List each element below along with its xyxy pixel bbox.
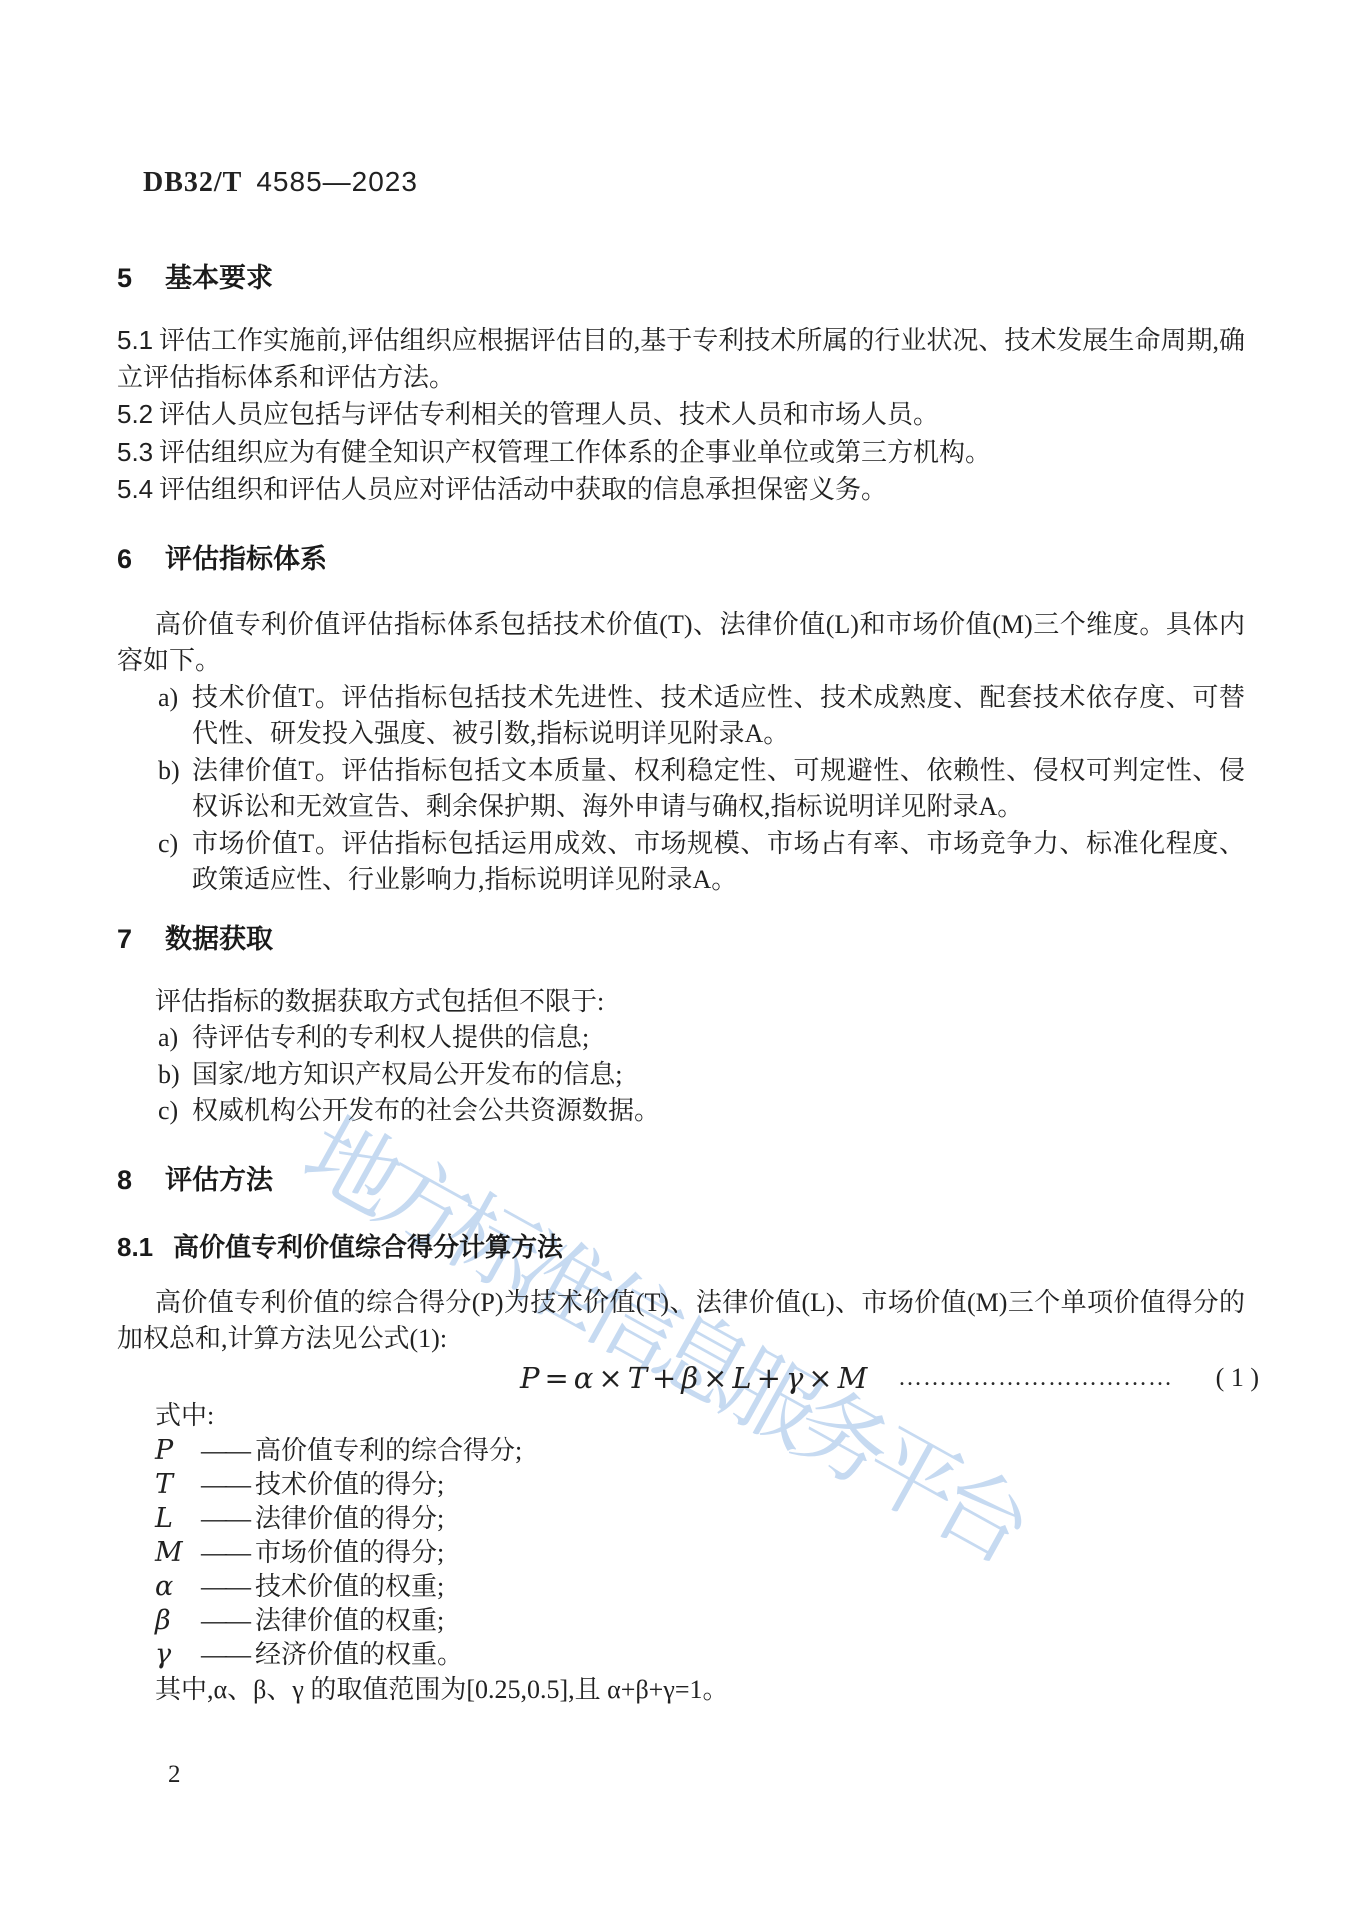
section-7-number: 7 (117, 922, 165, 956)
clause-5-1-text: 评估工作实施前,评估组织应根据评估目的,基于专利技术所属的行业状况、技术发展生命… (117, 326, 1245, 392)
document-content: 5基本要求 5.1评估工作实施前,评估组织应根据评估目的,基于专利技术所属的行业… (117, 0, 1245, 1708)
section-5-title: 基本要求 (165, 263, 273, 293)
section-8-1-heading: 8.1高价值专利价值综合得分计算方法 (117, 1230, 1245, 1264)
definition-dash: —— (201, 1470, 249, 1499)
clause-5-2-number: 5.2 (117, 396, 159, 433)
clause-5-1-number: 5.1 (117, 322, 159, 359)
definition-dash: —— (201, 1538, 249, 1567)
clause-5-4-text: 评估组织和评估人员应对评估活动中获取的信息承担保密义务。 (159, 475, 887, 504)
clause-5-3-number: 5.3 (117, 434, 159, 471)
section-6-intro: 高价值专利价值评估指标体系包括技术价值(T)、法律价值(L)和市场价值(M)三个… (117, 607, 1245, 680)
clause-5-3: 5.3评估组织应为有健全知识产权管理工作体系的企事业单位或第三方机构。 (117, 434, 1245, 472)
list-item-text: 法律价值T。评估指标包括文本质量、权利稳定性、可规避性、依赖性、侵权可判定性、侵… (192, 756, 1245, 822)
definition-desc: 经济价值的权重。 (255, 1640, 463, 1669)
definition-row: α——技术价值的权重; (155, 1570, 1245, 1604)
list-item-marker: c) (158, 1093, 178, 1130)
clause-5-4: 5.4评估组织和评估人员应对评估活动中获取的信息承担保密义务。 (117, 471, 1245, 509)
definition-symbol: P (155, 1434, 201, 1468)
section-8-1-number: 8.1 (117, 1230, 173, 1264)
definition-desc: 市场价值的得分; (255, 1538, 444, 1567)
formula-number-label: ( 1 ) (1216, 1358, 1259, 1398)
definition-desc: 高价值专利的综合得分; (255, 1436, 522, 1465)
page-number: 2 (168, 1760, 181, 1790)
section-6-list: a)技术价值T。评估指标包括技术先进性、技术适应性、技术成熟度、配套技术依存度、… (117, 680, 1245, 899)
list-item-marker: b) (158, 1057, 180, 1094)
definition-dash: —— (201, 1606, 249, 1635)
definition-desc: 法律价值的得分; (255, 1504, 444, 1533)
list-item: b)国家/地方知识产权局公开发布的信息; (158, 1057, 1245, 1094)
list-item: a)待评估专利的专利权人提供的信息; (158, 1020, 1245, 1057)
definition-dash: —— (201, 1640, 249, 1669)
formula-expression: P=α×T+β×L+γ×M (520, 1358, 872, 1398)
list-item-marker: a) (158, 680, 178, 717)
clause-5-2-text: 评估人员应包括与评估专利相关的管理人员、技术人员和市场人员。 (159, 400, 939, 429)
section-8-heading: 8评估方法 (117, 1163, 1245, 1197)
clause-5-3-text: 评估组织应为有健全知识产权管理工作体系的企事业单位或第三方机构。 (159, 438, 991, 467)
definition-desc: 法律价值的权重; (255, 1606, 444, 1635)
section-7-heading: 7数据获取 (117, 922, 1245, 956)
section-8-number: 8 (117, 1163, 165, 1197)
definition-symbol: α (155, 1570, 201, 1604)
definition-dash: —— (201, 1572, 249, 1601)
section-7-intro: 评估指标的数据获取方式包括但不限于: (117, 984, 1245, 1021)
section-8-title: 评估方法 (165, 1165, 273, 1195)
section-5-number: 5 (117, 261, 165, 295)
clause-5-2: 5.2评估人员应包括与评估专利相关的管理人员、技术人员和市场人员。 (117, 396, 1245, 434)
list-item: c)权威机构公开发布的社会公共资源数据。 (158, 1093, 1245, 1130)
list-item: b)法律价值T。评估指标包括文本质量、权利稳定性、可规避性、依赖性、侵权可判定性… (158, 753, 1245, 826)
definition-row: γ——经济价值的权重。 (155, 1638, 1245, 1672)
definition-desc: 技术价值的权重; (255, 1572, 444, 1601)
list-item-text: 技术价值T。评估指标包括技术先进性、技术适应性、技术成熟度、配套技术依存度、可替… (192, 683, 1245, 749)
section-6-title: 评估指标体系 (165, 544, 327, 574)
section-5-clauses: 5.1评估工作实施前,评估组织应根据评估目的,基于专利技术所属的行业状况、技术发… (117, 322, 1245, 509)
list-item: a)技术价值T。评估指标包括技术先进性、技术适应性、技术成熟度、配套技术依存度、… (158, 680, 1245, 753)
section-6-number: 6 (117, 542, 165, 576)
definition-symbol: β (155, 1604, 201, 1638)
clause-5-1: 5.1评估工作实施前,评估组织应根据评估目的,基于专利技术所属的行业状况、技术发… (117, 322, 1245, 396)
definition-symbol: L (155, 1502, 201, 1536)
definition-row: T——技术价值的得分; (155, 1468, 1245, 1502)
list-item-text: 权威机构公开发布的社会公共资源数据。 (192, 1096, 660, 1125)
list-item-text: 市场价值T。评估指标包括运用成效、市场规模、市场占有率、市场竞争力、标准化程度、… (192, 829, 1245, 895)
definition-symbol: M (155, 1536, 201, 1570)
section-8-1-title: 高价值专利价值综合得分计算方法 (173, 1232, 563, 1262)
definition-dash: —— (201, 1436, 249, 1465)
section-7-title: 数据获取 (165, 924, 273, 954)
formula-dot-leader: …………………………… (898, 1358, 1173, 1398)
definition-row: P——高价值专利的综合得分; (155, 1434, 1245, 1468)
list-item-text: 待评估专利的专利权人提供的信息; (192, 1023, 589, 1052)
section-5-heading: 5基本要求 (117, 261, 1245, 295)
definition-symbol: T (155, 1468, 201, 1502)
section-7-list: a)待评估专利的专利权人提供的信息; b)国家/地方知识产权局公开发布的信息; … (117, 1020, 1245, 1130)
list-item: c)市场价值T。评估指标包括运用成效、市场规模、市场占有率、市场竞争力、标准化程… (158, 826, 1245, 899)
section-6-heading: 6评估指标体系 (117, 542, 1245, 576)
weights-note: 其中,α、β、γ 的取值范围为[0.25,0.5],且 α+β+γ=1。 (117, 1672, 1245, 1708)
clause-5-4-number: 5.4 (117, 471, 159, 508)
definition-row: β——法律价值的权重; (155, 1604, 1245, 1638)
list-item-marker: c) (158, 826, 178, 863)
definition-row: M——市场价值的得分; (155, 1536, 1245, 1570)
document-page: 地方标准信息服务平台 DB32/T4585—2023 5基本要求 5.1评估工作… (0, 0, 1361, 1909)
definition-desc: 技术价值的得分; (255, 1470, 444, 1499)
symbol-definitions: P——高价值专利的综合得分; T——技术价值的得分; L——法律价值的得分; M… (117, 1434, 1245, 1672)
list-item-marker: b) (158, 753, 180, 790)
list-item-text: 国家/地方知识产权局公开发布的信息; (192, 1060, 622, 1089)
list-item-marker: a) (158, 1020, 178, 1057)
where-label: 式中: (117, 1398, 1245, 1435)
definition-symbol: γ (155, 1638, 201, 1672)
formula-row: P=α×T+β×L+γ×M …………………………… ( 1 ) (117, 1358, 1245, 1398)
definition-row: L——法律价值的得分; (155, 1502, 1245, 1536)
section-8-1-intro: 高价值专利价值的综合得分(P)为技术价值(T)、法律价值(L)、市场价值(M)三… (117, 1285, 1245, 1358)
definition-dash: —— (201, 1504, 249, 1533)
